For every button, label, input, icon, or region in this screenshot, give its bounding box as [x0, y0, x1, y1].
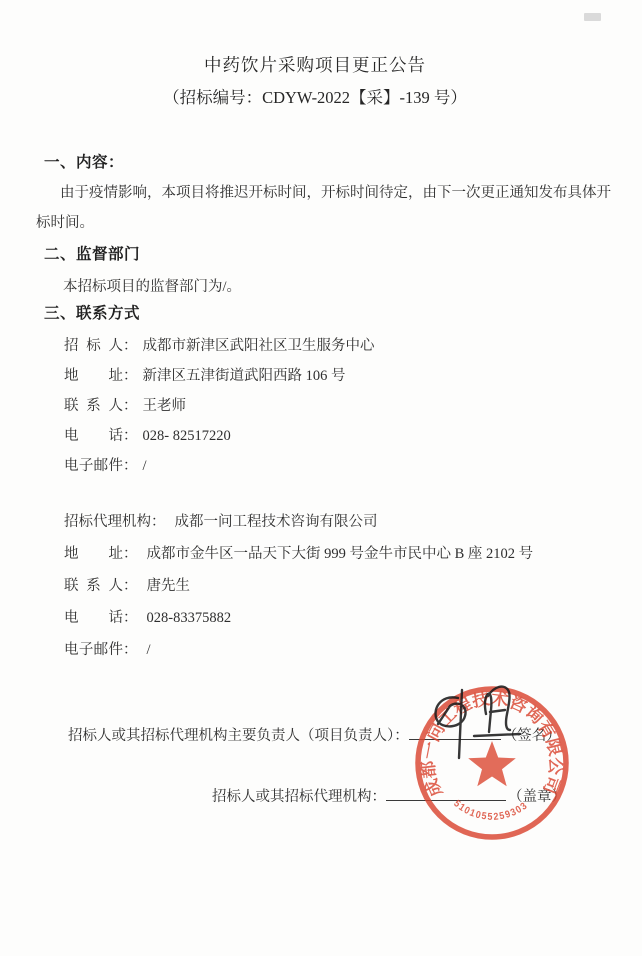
field-label: 招标代理机构 — [64, 506, 151, 538]
agency-phone-row: 电话：028-83375882 — [64, 602, 533, 634]
tenderer-contact-block: 招标人：成都市新津区武阳社区卫生服务中心 地址：新津区五津街道武阳西路 106 … — [64, 331, 375, 481]
agency-address-row: 地址：成都市金牛区一品天下大街 999 号金牛市民中心 B 座 2102 号 — [64, 538, 533, 570]
handwritten-signature — [428, 684, 540, 766]
tenderer-address-row: 地址：新津区五津街道武阳西路 106 号 — [64, 361, 375, 391]
agency-person-row: 联系人：唐先生 — [64, 570, 533, 602]
stamp-label: 招标人或其招标代理机构： — [212, 789, 386, 805]
field-value: / — [147, 642, 151, 658]
field-value: 王老师 — [143, 398, 187, 414]
tenderer-phone-row: 电话：028- 82517220 — [64, 421, 375, 451]
colon: ： — [123, 398, 138, 414]
field-value: 新津区五津街道武阳西路 106 号 — [143, 368, 346, 384]
field-label: 电话 — [64, 421, 123, 451]
field-value: 028-83375882 — [147, 610, 232, 626]
field-value: 唐先生 — [147, 578, 191, 594]
field-label: 电子邮件 — [64, 634, 123, 666]
svg-text:5101055259303: 5101055259303 — [451, 798, 530, 823]
field-label: 招标人 — [64, 331, 123, 361]
tender-number: （招标编号：CDYW-2022【采】-139 号） — [0, 84, 630, 108]
colon: ： — [123, 610, 138, 626]
colon: ： — [123, 428, 138, 444]
document-page: 中药饮片采购项目更正公告 （招标编号：CDYW-2022【采】-139 号） 一… — [0, 0, 642, 956]
tenderer-name-row: 招标人：成都市新津区武阳社区卫生服务中心 — [64, 331, 375, 361]
colon: ： — [123, 338, 138, 354]
colon: ： — [151, 514, 166, 530]
field-value: 成都市新津区武阳社区卫生服务中心 — [143, 338, 375, 354]
colon: ： — [123, 546, 138, 562]
agency-email-row: 电子邮件：/ — [64, 634, 533, 666]
field-label: 联系人 — [64, 570, 123, 602]
tenderer-email-row: 电子邮件：/ — [64, 451, 375, 481]
colon: ： — [123, 578, 138, 594]
field-value: 成都市金牛区一品天下大街 999 号金牛市民中心 B 座 2102 号 — [147, 546, 534, 562]
agency-contact-block: 招标代理机构：成都一问工程技术咨询有限公司 地址：成都市金牛区一品天下大街 99… — [64, 506, 533, 666]
agency-name-row: 招标代理机构：成都一问工程技术咨询有限公司 — [64, 506, 533, 538]
field-value: / — [143, 458, 147, 474]
colon: ： — [123, 368, 138, 384]
section-3-heading: 三、联系方式 — [44, 301, 140, 323]
field-label: 电话 — [64, 602, 123, 634]
signature-label: 招标人或其招标代理机构主要负责人（项目负责人）： — [68, 728, 409, 744]
section-1-heading: 一、内容： — [44, 150, 124, 172]
section-2-heading: 二、监督部门 — [44, 242, 140, 264]
tenderer-person-row: 联系人：王老师 — [64, 391, 375, 421]
field-label: 联系人 — [64, 391, 123, 421]
field-label: 电子邮件 — [64, 451, 123, 481]
scan-artifact — [584, 13, 601, 21]
colon: ： — [123, 458, 138, 474]
colon: ： — [123, 642, 138, 658]
section-1-body: 由于疫情影响，本项目将推迟开标时间，开标时间待定，由下一次更正通知发布具体开标时… — [36, 178, 614, 238]
field-value: 028- 82517220 — [143, 428, 231, 444]
field-label: 地址 — [64, 538, 123, 570]
page-title: 中药饮片采购项目更正公告 — [0, 52, 630, 77]
seal-number-text: 5101055259303 — [451, 798, 530, 823]
section-2-body: 本招标项目的监督部门为/。 — [63, 272, 241, 302]
field-label: 地址 — [64, 361, 123, 391]
field-value: 成都一问工程技术咨询有限公司 — [175, 514, 378, 530]
